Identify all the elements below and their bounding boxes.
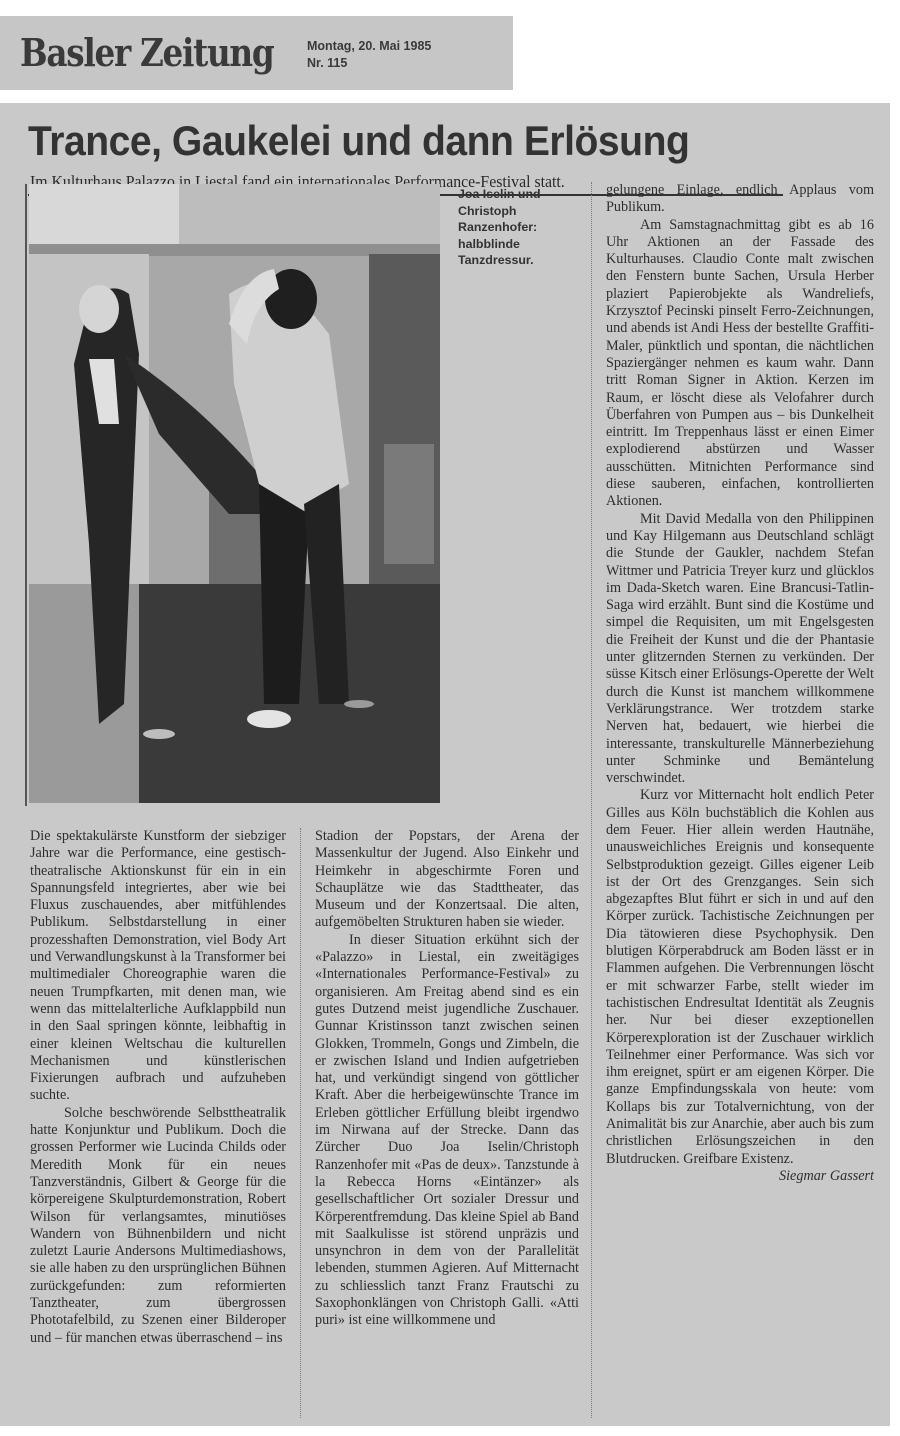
paragraph: Am Samstagnachmittag gibt es ab 16 Uhr A… <box>606 217 874 511</box>
article: Trance, Gaukelei und dann Erlösung Im Ku… <box>0 103 890 1426</box>
newspaper-name: Basler Zeitung <box>20 30 273 75</box>
issue-info: Montag, 20. Mai 1985 Nr. 115 <box>307 38 431 72</box>
photo-image <box>29 184 440 803</box>
paragraph-final: Kurz vor Mitternacht holt endlich Peter … <box>606 787 874 1168</box>
issue-date: Montag, 20. Mai 1985 <box>307 38 431 55</box>
caption-line: halbblinde <box>458 236 588 253</box>
photo-border <box>25 184 27 806</box>
issue-number: Nr. 115 <box>307 55 431 72</box>
paragraph: Solche beschwörende Selbsttheatralik hat… <box>30 1105 286 1347</box>
text-column-3: gelungene Einlage, endlich Applaus vom P… <box>606 182 874 1185</box>
masthead: Basler Zeitung Montag, 20. Mai 1985 Nr. … <box>0 16 513 90</box>
photo-caption: Joa Iselin und Christoph Ranzenhofer: ha… <box>458 186 588 269</box>
paragraph: Stadion der Popstars, der Arena der Mass… <box>315 828 579 932</box>
caption-line: Ranzenhofer: <box>458 219 588 236</box>
paragraph: gelungene Einlage, endlich Applaus vom P… <box>606 182 874 217</box>
text-column-1: Die spektakulärste Kunstform der siebzig… <box>30 828 286 1347</box>
paragraph: In dieser Situation erkühnt sich der «Pa… <box>315 932 579 1330</box>
column-divider <box>591 182 593 1418</box>
paragraph-text: Kurz vor Mitternacht holt endlich Peter … <box>606 787 874 1166</box>
headline: Trance, Gaukelei und dann Erlösung <box>28 117 689 165</box>
caption-line: Tanzdressur. <box>458 252 588 269</box>
performance-photo <box>29 184 440 803</box>
column-divider <box>300 828 302 1418</box>
caption-line: Joa Iselin und <box>458 186 588 203</box>
author-byline: Siegmar Gassert <box>745 1168 874 1185</box>
caption-line: Christoph <box>458 203 588 220</box>
paragraph: Die spektakulärste Kunstform der siebzig… <box>30 828 286 1105</box>
paragraph: Mit David Medalla von den Philippinen un… <box>606 511 874 788</box>
text-column-2: Stadion der Popstars, der Arena der Mass… <box>315 828 579 1330</box>
